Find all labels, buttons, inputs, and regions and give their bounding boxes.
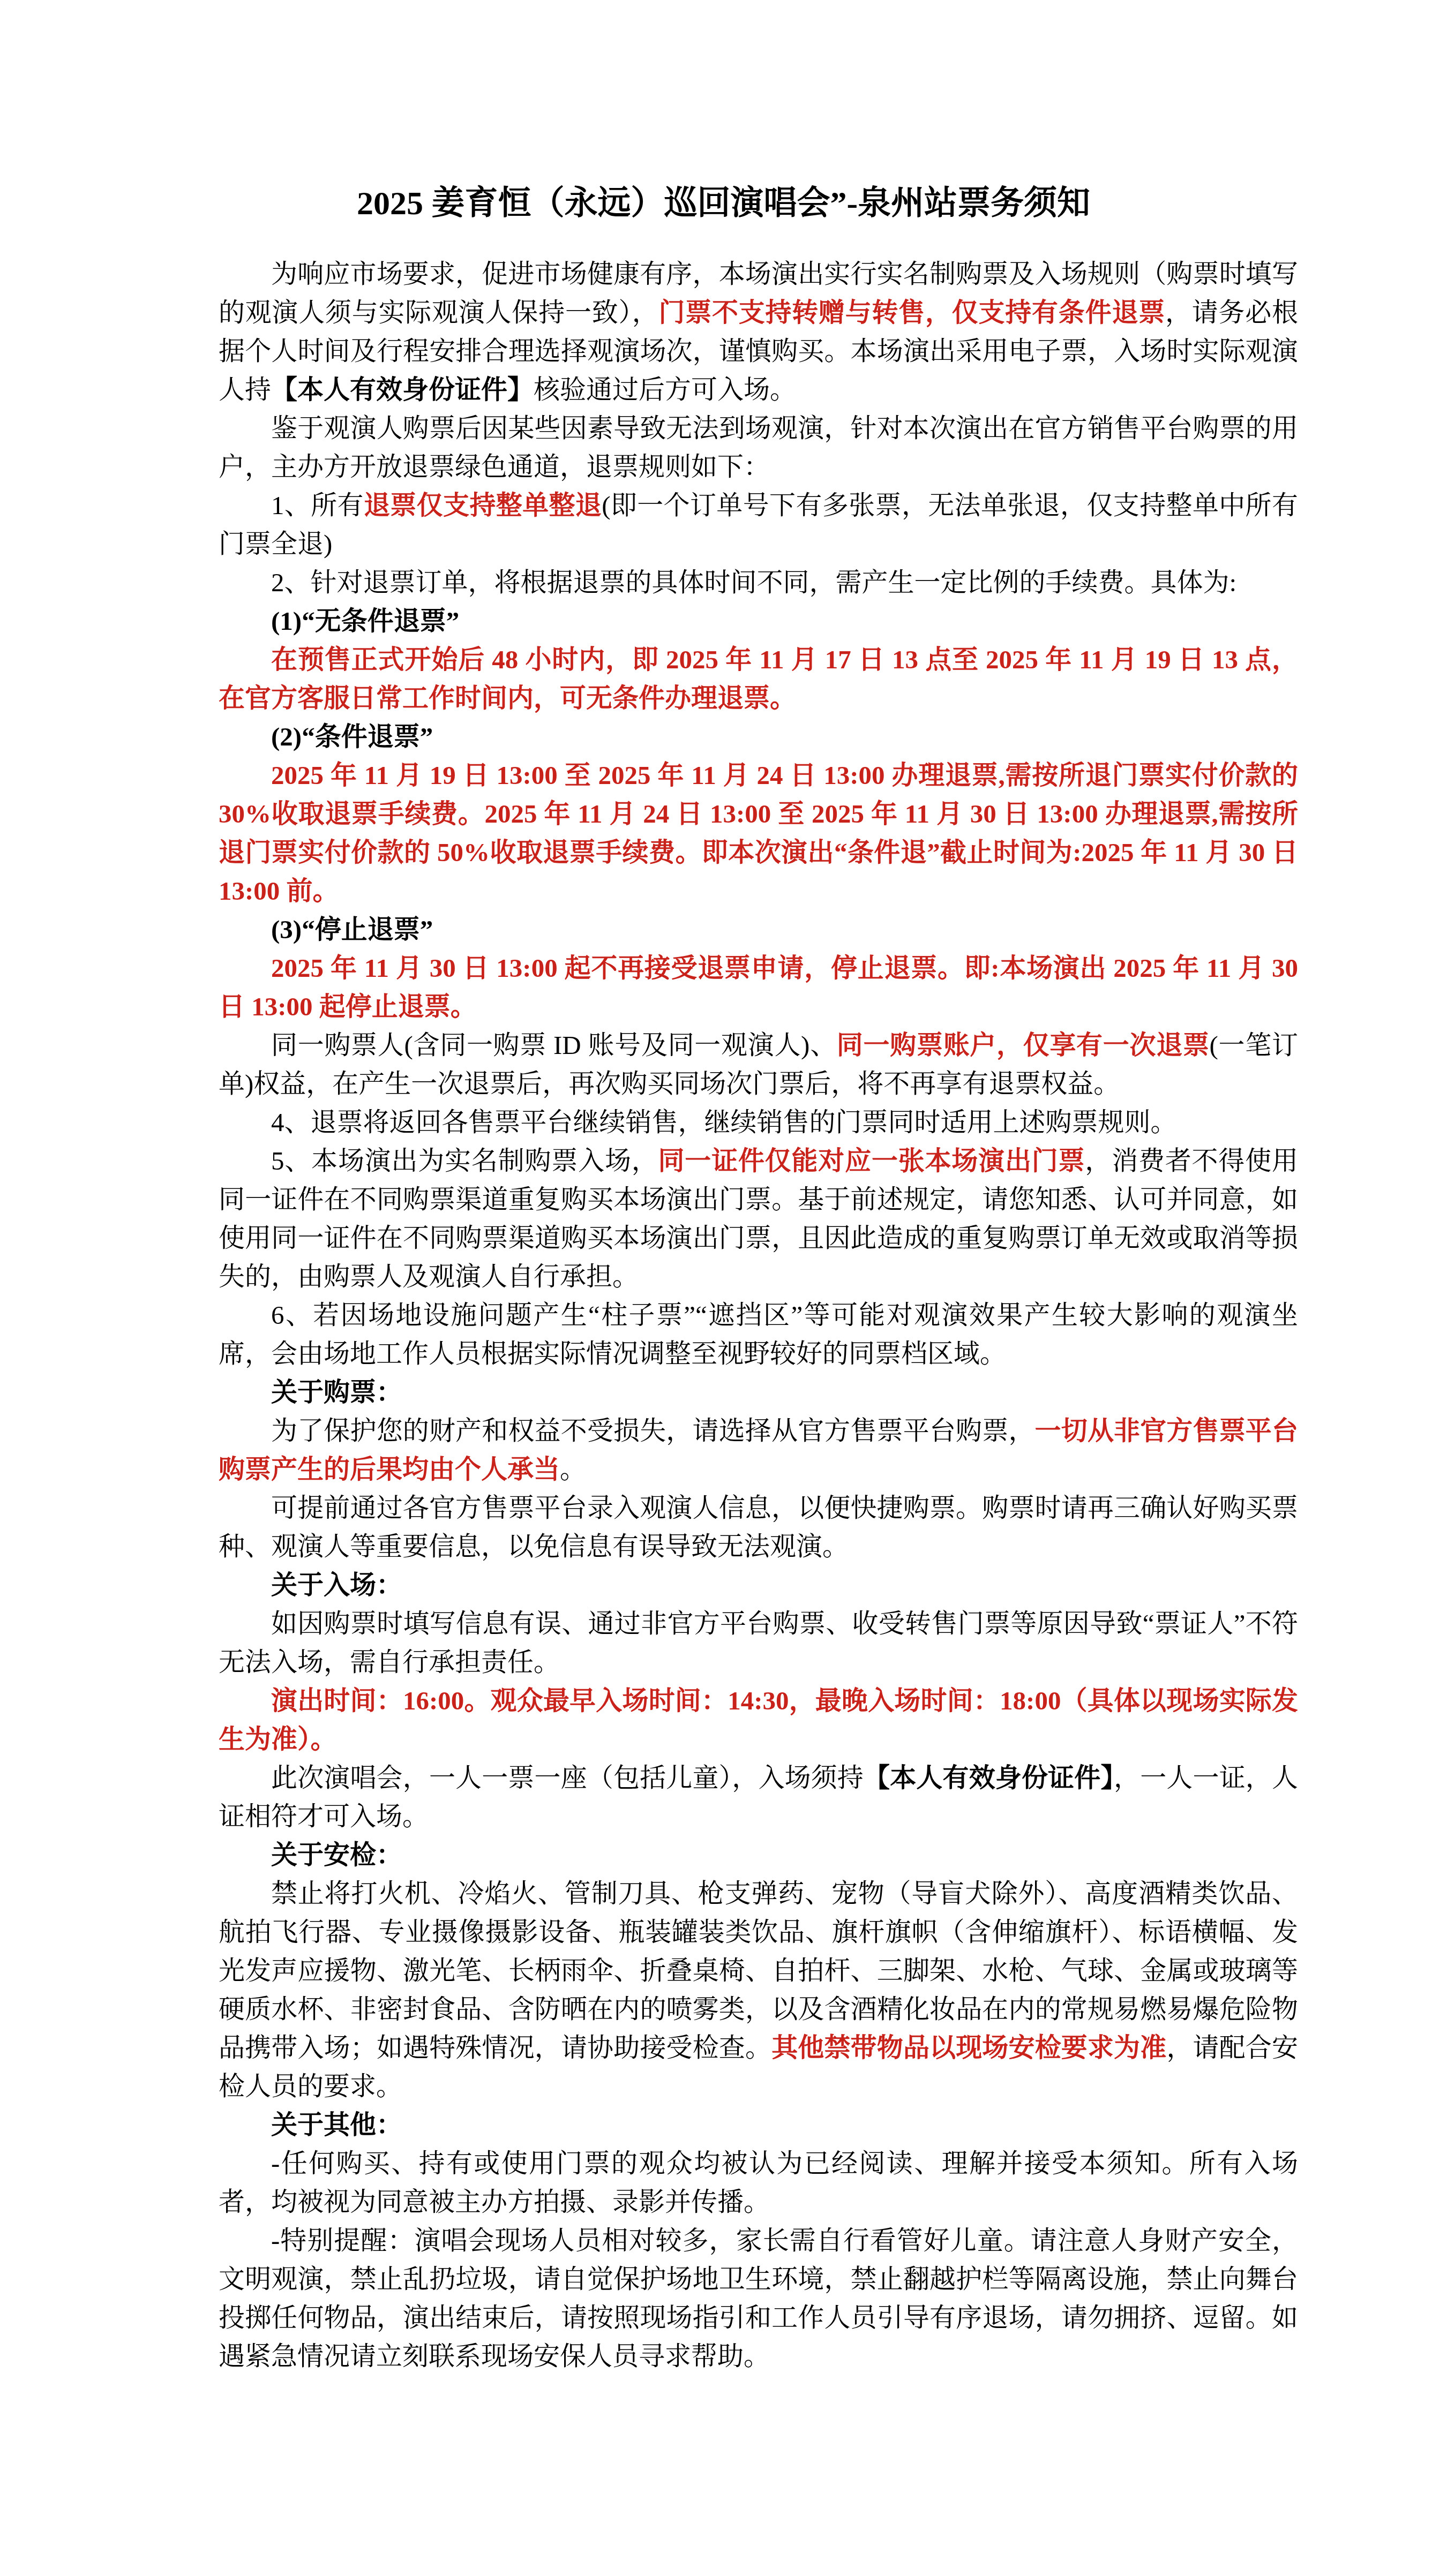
text-run: 可提前通过各官方售票平台录入观演人信息，以便快捷购票。购票时请再三确认好购买票种…	[219, 1493, 1298, 1561]
text-run: 2025 年 11 月 30 日 13:00 起不再接受退票申请，停止退票。即:…	[219, 953, 1298, 1021]
text-run: 6、若因场地设施问题产生“柱子票”“遮挡区”等可能对观演效果产生较大影响的观演坐…	[219, 1300, 1298, 1368]
text-run: 关于其他：	[271, 2110, 402, 2140]
paragraph: 为了保护您的财产和权益不受损失，请选择从官方售票平台购票，一切从非官方售票平台购…	[219, 1412, 1298, 1489]
paragraph: 6、若因场地设施问题产生“柱子票”“遮挡区”等可能对观演效果产生较大影响的观演坐…	[219, 1296, 1298, 1373]
text-run: 同一证件仅能对应一张本场演出门票	[658, 1146, 1085, 1176]
text-run: 核验通过后方可入场。	[534, 375, 796, 404]
paragraph: 2025 年 11 月 30 日 13:00 起不再接受退票申请，停止退票。即:…	[219, 949, 1298, 1026]
text-run: 4、退票将返回各售票平台继续销售，继续销售的门票同时适用上述购票规则。	[271, 1108, 1177, 1137]
text-run: 5、本场演出为实名制购票入场，	[271, 1146, 658, 1176]
paragraph: 5、本场演出为实名制购票入场，同一证件仅能对应一张本场演出门票，消费者不得使用同…	[219, 1142, 1298, 1296]
text-run: 关于购票：	[271, 1377, 402, 1407]
text-run: 。	[560, 1455, 586, 1484]
paragraph: 禁止将打火机、冷焰火、管制刀具、枪支弹药、宠物（导盲犬除外）、高度酒精类饮品、航…	[219, 1874, 1298, 2106]
text-run: 2、针对退票订单，将根据退票的具体时间不同，需产生一定比例的手续费。具体为:	[271, 568, 1236, 597]
paragraph: -任何购买、持有或使用门票的观众均被认为已经阅读、理解并接受本须知。所有入场者，…	[219, 2144, 1298, 2221]
text-run: 如因购票时填写信息有误、通过非官方平台购票、收受转售门票等原因导致“票证人”不符…	[219, 1609, 1298, 1677]
text-run: 在预售正式开始后 48 小时内，即 2025 年 11 月 17 日 13 点至…	[219, 645, 1298, 713]
text-run: 1、所有	[271, 491, 364, 520]
text-run: -任何购买、持有或使用门票的观众均被认为已经阅读、理解并接受本须知。所有入场者，…	[219, 2149, 1298, 2217]
paragraph: 4、退票将返回各售票平台继续销售，继续销售的门票同时适用上述购票规则。	[219, 1103, 1298, 1142]
text-run: 其他禁带物品以现场安检要求为准	[771, 2033, 1166, 2062]
paragraph: 演出时间：16:00。观众最早入场时间：14:30，最晚入场时间：18:00（具…	[219, 1682, 1298, 1759]
text-run: 2025 年 11 月 19 日 13:00 至 2025 年 11 月 24 …	[219, 760, 1298, 906]
paragraph: 在预售正式开始后 48 小时内，即 2025 年 11 月 17 日 13 点至…	[219, 641, 1298, 718]
document-body: 为响应市场要求，促进市场健康有序，本场演出实行实名制购票及入场规则（购票时填写的…	[219, 255, 1298, 2376]
text-run: 退票仅支持整单整退	[364, 491, 602, 520]
paragraph: (2)“条件退票”	[219, 718, 1298, 756]
text-run: 为了保护您的财产和权益不受损失，请选择从官方售票平台购票，	[271, 1416, 1035, 1445]
text-run: 门票不支持转赠与转售，仅支持有条件退票	[658, 298, 1165, 327]
text-run: (2)“条件退票”	[271, 722, 433, 751]
paragraph: 关于其他：	[219, 2106, 1298, 2144]
text-run: 此次演唱会，一人一票一座（包括儿童），入场须持	[271, 1763, 864, 1792]
text-run: 鉴于观演人购票后因某些因素导致无法到场观演，针对本次演出在官方销售平台购票的用户…	[219, 413, 1298, 481]
document-title: 2025 姜育恒（永远）巡回演唱会”-泉州站票务须知	[0, 181, 1447, 226]
paragraph: (3)“停止退票”	[219, 910, 1298, 949]
paragraph: 同一购票人(含同一购票 ID 账号及同一观演人)、同一购票账户，仅享有一次退票(…	[219, 1026, 1298, 1103]
text-run: 同一购票人(含同一购票 ID 账号及同一观演人)、	[271, 1030, 837, 1060]
text-run: 演出时间：16:00。观众最早入场时间：14:30，最晚入场时间：18:00（具…	[219, 1686, 1298, 1754]
paragraph: 如因购票时填写信息有误、通过非官方平台购票、收受转售门票等原因导致“票证人”不符…	[219, 1605, 1298, 1682]
paragraph: 为响应市场要求，促进市场健康有序，本场演出实行实名制购票及入场规则（购票时填写的…	[219, 255, 1298, 409]
text-run: (1)“无条件退票”	[271, 606, 459, 636]
text-run: 同一购票账户，仅享有一次退票	[837, 1030, 1210, 1060]
paragraph: 关于入场：	[219, 1566, 1298, 1605]
paragraph: 1、所有退票仅支持整单整退(即一个订单号下有多张票，无法单张退，仅支持整单中所有…	[219, 486, 1298, 563]
paragraph: 关于购票：	[219, 1373, 1298, 1412]
text-run: (3)“停止退票”	[271, 915, 433, 944]
text-run: 【本人有效身份证件】	[864, 1763, 1114, 1792]
paragraph: (1)“无条件退票”	[219, 602, 1298, 641]
paragraph: 鉴于观演人购票后因某些因素导致无法到场观演，针对本次演出在官方销售平台购票的用户…	[219, 409, 1298, 486]
ticket-notice-document: 2025 姜育恒（永远）巡回演唱会”-泉州站票务须知 为响应市场要求，促进市场健…	[0, 0, 1447, 2376]
paragraph: 此次演唱会，一人一票一座（包括儿童），入场须持【本人有效身份证件】，一人一证，人…	[219, 1759, 1298, 1836]
paragraph: 2025 年 11 月 19 日 13:00 至 2025 年 11 月 24 …	[219, 756, 1298, 910]
paragraph: -特别提醒：演唱会现场人员相对较多，家长需自行看管好儿童。请注意人身财产安全，文…	[219, 2221, 1298, 2376]
paragraph: 2、针对退票订单，将根据退票的具体时间不同，需产生一定比例的手续费。具体为:	[219, 563, 1298, 602]
text-run: 关于入场：	[271, 1570, 402, 1600]
text-run: 关于安检：	[271, 1840, 402, 1870]
text-run: -特别提醒：演唱会现场人员相对较多，家长需自行看管好儿童。请注意人身财产安全，文…	[219, 2226, 1298, 2371]
text-run: 【本人有效身份证件】	[271, 375, 534, 404]
paragraph: 关于安检：	[219, 1836, 1298, 1874]
paragraph: 可提前通过各官方售票平台录入观演人信息，以便快捷购票。购票时请再三确认好购买票种…	[219, 1489, 1298, 1566]
